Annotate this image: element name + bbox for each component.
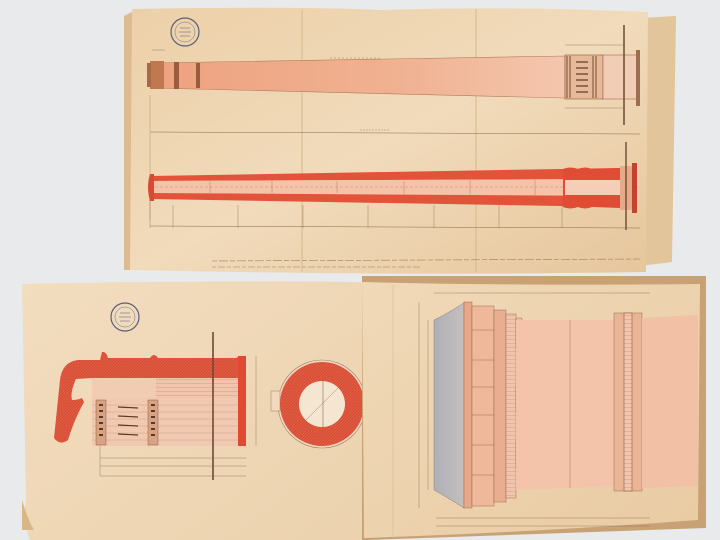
library-stamp-icon [171, 18, 199, 46]
top-sheet [124, 8, 676, 274]
drawings-photo [0, 0, 720, 540]
library-stamp-icon [111, 303, 139, 331]
photograph-scene: Antique hand-coloured technical drawings… [0, 0, 720, 540]
bottom-right-sheet [362, 276, 706, 540]
bottom-left-sheet [22, 281, 366, 540]
